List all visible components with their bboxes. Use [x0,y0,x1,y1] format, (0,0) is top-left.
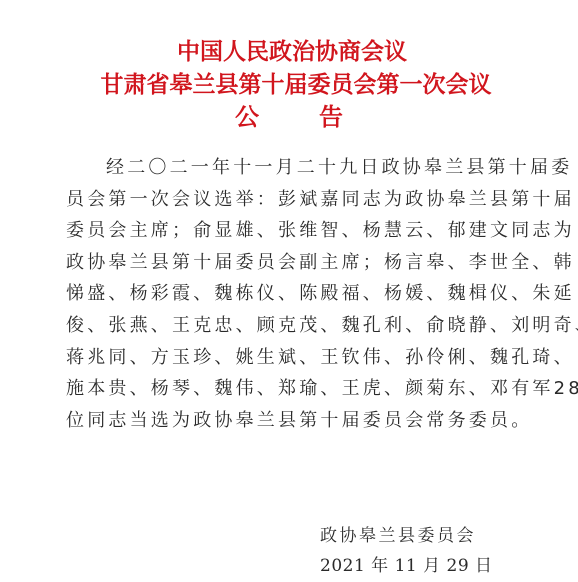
body-line: 经二〇二一年十一月二十九日政协皋兰县第十届委 [66,152,514,184]
announcement-body: 经二〇二一年十一月二十九日政协皋兰县第十届委 员会第一次会议选举：彭斌嘉同志为政… [66,152,514,436]
body-line: 施本贵、杨琴、魏伟、郑瑜、王虎、颜菊东、邓有军28 [66,373,514,405]
signature-organization: 政协皋兰县委员会 [320,521,476,546]
signature-date: 2021 年 11 月 29 日 [320,551,493,576]
body-line: 悌盛、杨彩霞、魏栋仪、陈殿福、杨媛、魏楫仪、朱延 [66,278,514,310]
body-line: 蒋兆同、方玉珍、姚生斌、王钦伟、孙伶俐、魏孔琦、 [66,342,514,374]
body-line: 位同志当选为政协皋兰县第十届委员会常务委员。 [66,405,514,437]
body-line: 委员会主席；俞显雄、张维智、杨慧云、郁建文同志为 [66,215,514,247]
title-line-2: 甘肃省皋兰县第十届委员会第一次会议 [0,66,578,99]
heading-char-right: 告 [319,97,343,132]
announcement-heading: 公告 [0,97,578,132]
body-line: 俊、张燕、王克忠、顾克茂、魏孔利、俞晓静、刘明奇、 [66,310,514,342]
body-line: 政协皋兰县第十届委员会副主席；杨言皋、李世全、韩 [66,247,514,279]
title-line-1: 中国人民政治协商会议 [0,33,578,66]
body-line: 员会第一次会议选举：彭斌嘉同志为政协皋兰县第十届 [66,184,514,216]
heading-char-left: 公 [235,97,259,132]
